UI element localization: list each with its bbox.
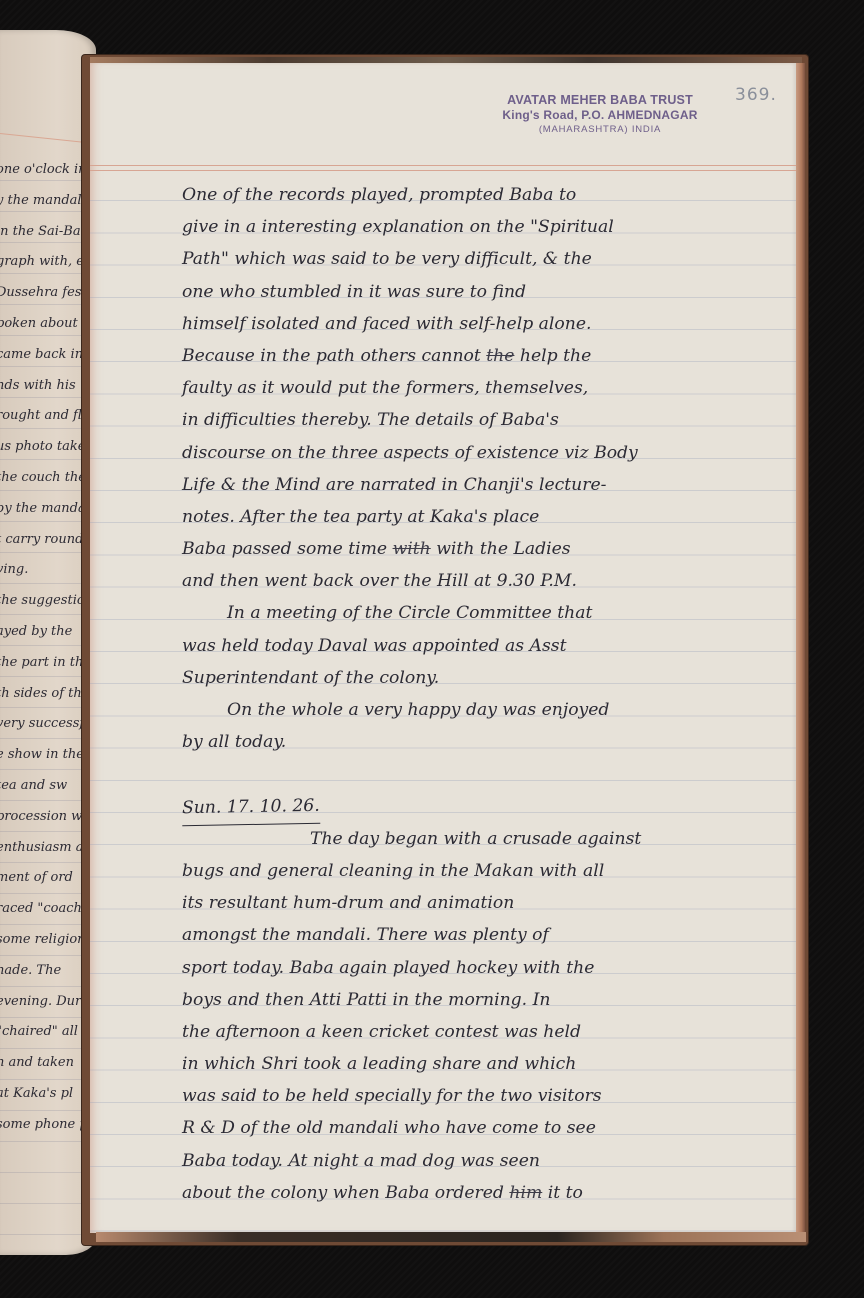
diary-body-text: One of the records played, prompted Baba… bbox=[182, 179, 782, 1209]
text-line: Life & the Mind are narrated in Chanji's… bbox=[182, 469, 782, 501]
text-line: was held today Daval was appointed as As… bbox=[182, 630, 782, 662]
text-line: about the colony when Baba ordered him i… bbox=[182, 1177, 782, 1209]
text-line: Baba passed some time with with the Ladi… bbox=[182, 533, 782, 565]
text-fragment: Because in the path others cannot bbox=[182, 346, 486, 366]
text-fragment: about the colony when Baba ordered bbox=[182, 1183, 509, 1203]
text-line: On the whole a very happy day was enjoye… bbox=[182, 694, 782, 726]
text-line: one who stumbled in it was sure to find bbox=[182, 276, 782, 308]
text-line: discourse on the three aspects of existe… bbox=[182, 437, 782, 469]
text-line: by all today. bbox=[182, 726, 782, 758]
book-bottom-edge bbox=[96, 1232, 806, 1242]
text-line: amongst the mandali. There was plenty of bbox=[182, 919, 782, 951]
text-line: Baba today. At night a mad dog was seen bbox=[182, 1145, 782, 1177]
date-heading-text: Sun. 17. 10. 26. bbox=[182, 789, 320, 826]
text-fragment: with the Ladies bbox=[431, 539, 571, 559]
text-line: and then went back over the Hill at 9.30… bbox=[182, 565, 782, 597]
stamp-line-1: AVATAR MEHER BABA TRUST bbox=[500, 93, 700, 107]
text-line: In a meeting of the Circle Committee tha… bbox=[182, 597, 782, 629]
text-line: Because in the path others cannot the he… bbox=[182, 340, 782, 372]
entry-date-heading: Sun. 17. 10. 26. bbox=[182, 791, 782, 823]
page-right-edge bbox=[796, 63, 805, 1235]
text-fragment: Baba passed some time bbox=[182, 539, 393, 559]
text-fragment: it to bbox=[542, 1183, 583, 1203]
text-line: the afternoon a keen cricket contest was… bbox=[182, 1016, 782, 1048]
text-line: notes. After the tea party at Kaka's pla… bbox=[182, 501, 782, 533]
diary-page: AVATAR MEHER BABA TRUST King's Road, P.O… bbox=[90, 63, 796, 1233]
text-line: in which Shri took a leading share and w… bbox=[182, 1048, 782, 1080]
text-line: faulty as it would put the formers, them… bbox=[182, 372, 782, 404]
text-line: in difficulties thereby. The details of … bbox=[182, 404, 782, 436]
text-line: boys and then Atti Patti in the morning.… bbox=[182, 984, 782, 1016]
text-fragment: help the bbox=[514, 346, 591, 366]
text-line: One of the records played, prompted Baba… bbox=[182, 179, 782, 211]
text-line: R & D of the old mandali who have come t… bbox=[182, 1112, 782, 1144]
text-line: give in a interesting explanation on the… bbox=[182, 211, 782, 243]
struck-out-word: him bbox=[509, 1183, 542, 1203]
text-line: himself isolated and faced with self-hel… bbox=[182, 308, 782, 340]
text-line: sport today. Baba again played hockey wi… bbox=[182, 952, 782, 984]
struck-out-word: with bbox=[393, 539, 431, 559]
page-number: 369. bbox=[735, 85, 777, 105]
text-line: Path" which was said to be very difficul… bbox=[182, 243, 782, 275]
struck-out-word: the bbox=[486, 346, 514, 366]
text-line: bugs and general cleaning in the Makan w… bbox=[182, 855, 782, 887]
stamp-line-2: King's Road, P.O. AHMEDNAGAR bbox=[500, 108, 700, 122]
text-line: its resultant hum-drum and animation bbox=[182, 887, 782, 919]
text-line bbox=[182, 758, 782, 790]
stamp-line-3: (MAHARASHTRA) INDIA bbox=[500, 124, 700, 135]
text-line: was said to be held specially for the tw… bbox=[182, 1080, 782, 1112]
text-line: The day began with a crusade against bbox=[182, 823, 782, 855]
text-line: Superintendant of the colony. bbox=[182, 662, 782, 694]
archive-stamp: AVATAR MEHER BABA TRUST King's Road, P.O… bbox=[500, 93, 700, 135]
